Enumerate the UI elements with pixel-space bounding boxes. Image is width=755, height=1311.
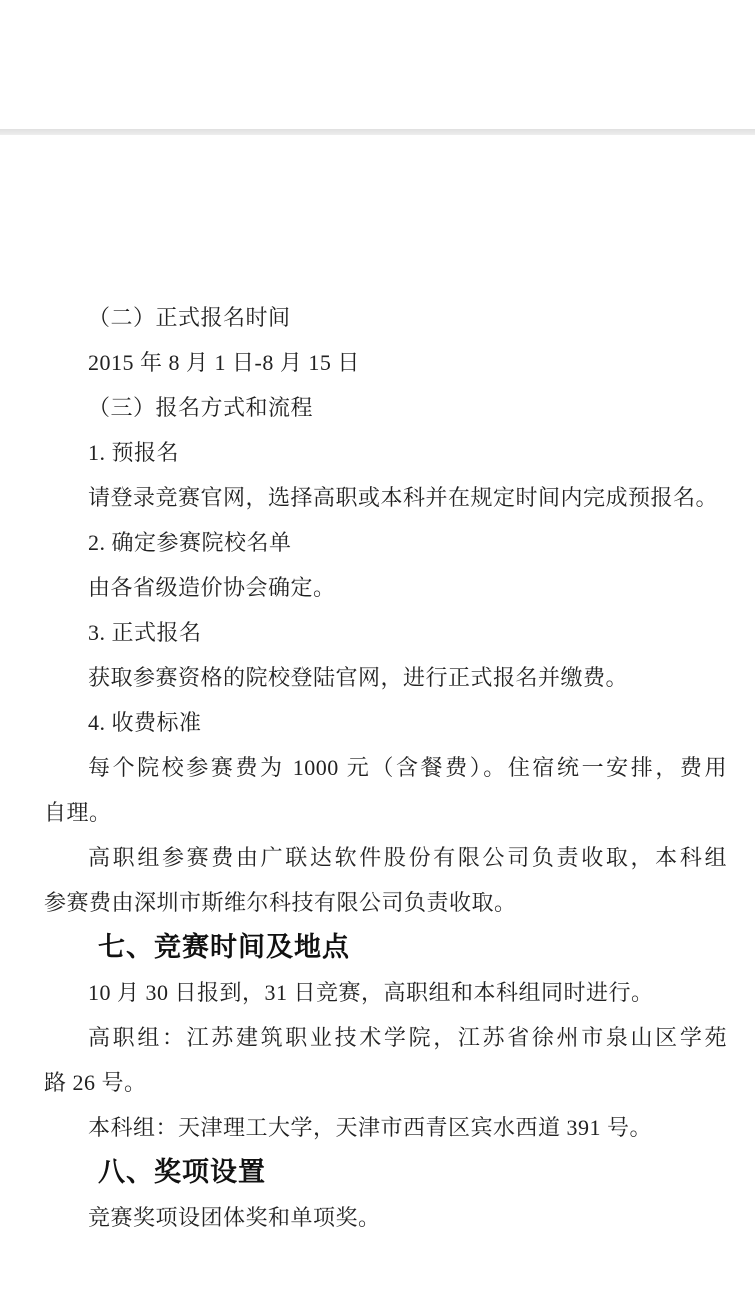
text-line: 4. 收费标准: [44, 700, 727, 745]
text-line: 参赛费由深圳市斯维尔科技有限公司负责收取。: [44, 880, 727, 925]
previous-page-bottom-margin: [0, 0, 755, 129]
document-page: （二）正式报名时间2015 年 8 月 1 日-8 月 15 日（三）报名方式和…: [0, 135, 755, 1240]
text-line: 请登录竞赛官网，选择高职或本科并在规定时间内完成预报名。: [44, 475, 727, 520]
section-heading: 八、奖项设置: [44, 1150, 727, 1195]
document-viewport: （二）正式报名时间2015 年 8 月 1 日-8 月 15 日（三）报名方式和…: [0, 0, 755, 1311]
text-line: 高职组参赛费由广联达软件股份有限公司负责收取，本科组: [44, 835, 727, 880]
section-heading: 七、竞赛时间及地点: [44, 925, 727, 970]
text-line: 2. 确定参赛院校名单: [44, 520, 727, 565]
text-line: 高职组：江苏建筑职业技术学院，江苏省徐州市泉山区学苑: [44, 1015, 727, 1060]
text-line: （三）报名方式和流程: [44, 385, 727, 430]
text-line: 获取参赛资格的院校登陆官网，进行正式报名并缴费。: [44, 655, 727, 700]
text-line: （二）正式报名时间: [44, 295, 727, 340]
text-line: 本科组：天津理工大学，天津市西青区宾水西道 391 号。: [44, 1105, 727, 1150]
text-line: 1. 预报名: [44, 430, 727, 475]
text-line: 自理。: [44, 790, 727, 835]
text-line: 竞赛奖项设团体奖和单项奖。: [44, 1195, 727, 1240]
text-line: 每个院校参赛费为 1000 元（含餐费）。住宿统一安排，费用: [44, 745, 727, 790]
document-text-block: （二）正式报名时间2015 年 8 月 1 日-8 月 15 日（三）报名方式和…: [44, 295, 727, 1240]
text-line: 2015 年 8 月 1 日-8 月 15 日: [44, 340, 727, 385]
text-line: 10 月 30 日报到，31 日竞赛，高职组和本科组同时进行。: [44, 970, 727, 1015]
text-line: 由各省级造价协会确定。: [44, 565, 727, 610]
text-line: 3. 正式报名: [44, 610, 727, 655]
text-line: 路 26 号。: [44, 1060, 727, 1105]
